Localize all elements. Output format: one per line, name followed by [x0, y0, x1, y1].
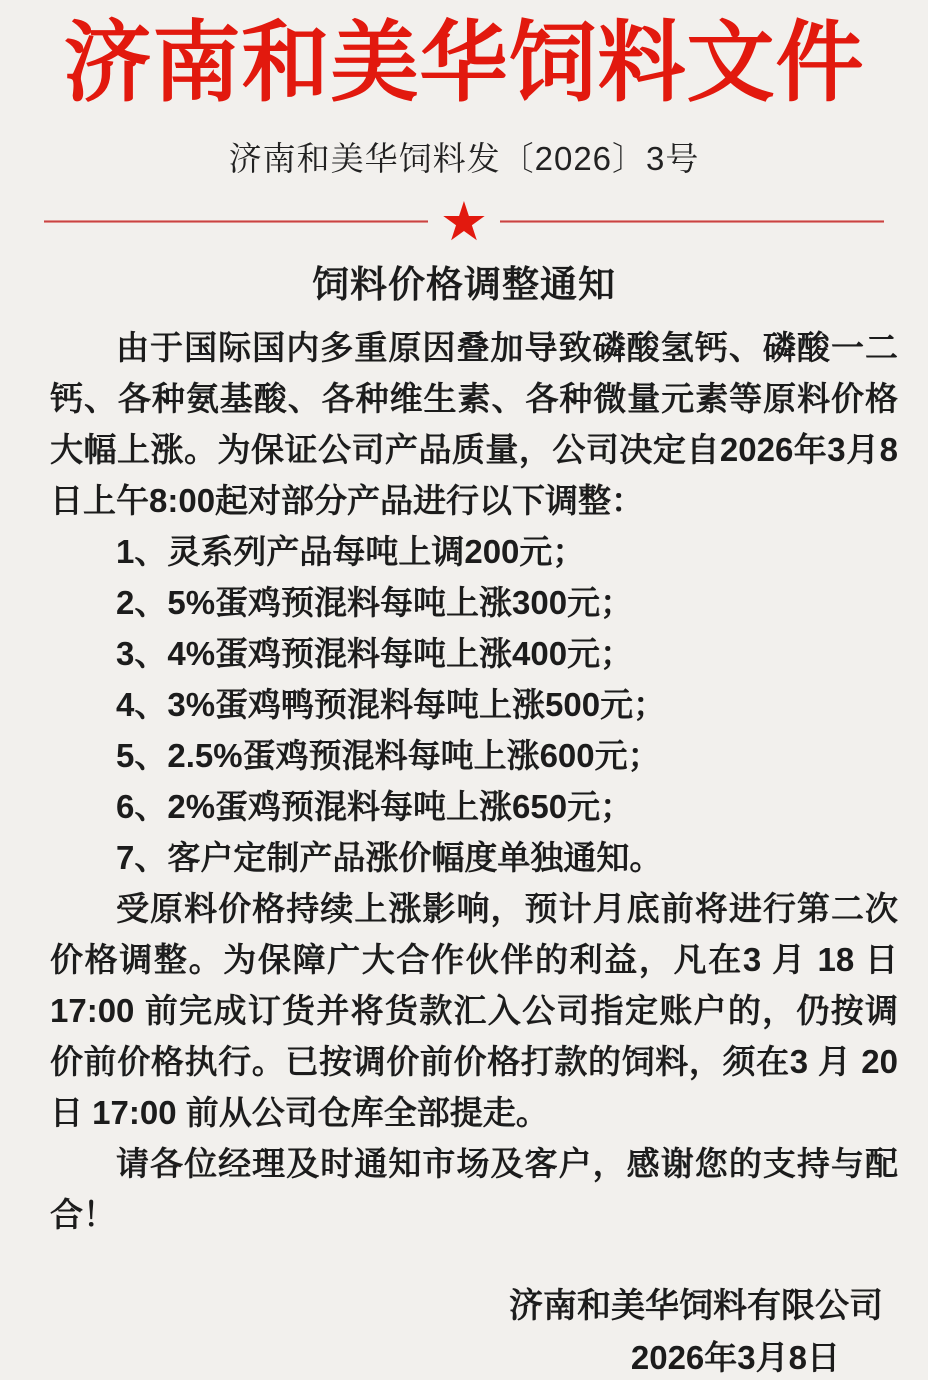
- org-masthead-title: 济南和美华饲料文件: [0, 16, 928, 115]
- signature-company: 济南和美华饲料有限公司: [0, 1284, 928, 1328]
- list-item: 1、灵系列产品每吨上调200元；: [50, 526, 898, 577]
- notice-title: 饲料价格调整通知: [0, 254, 928, 308]
- list-item: 5、2.5%蛋鸡预混料每吨上涨600元；: [50, 730, 898, 781]
- paragraph-closing: 请各位经理及时通知市场及客户，感谢您的支持与配合！: [50, 1138, 898, 1240]
- price-adjustment-list: 1、灵系列产品每吨上调200元； 2、5%蛋鸡预混料每吨上涨300元； 3、4%…: [50, 526, 898, 883]
- paragraph-intro: 由于国际国内多重原因叠加导致磷酸氢钙、磷酸一二钙、各种氨基酸、各种维生素、各种微…: [50, 322, 898, 526]
- divider-rule-left: [44, 220, 428, 223]
- list-item: 6、2%蛋鸡预混料每吨上涨650元；: [50, 781, 898, 832]
- list-item: 2、5%蛋鸡预混料每吨上涨300元；: [50, 577, 898, 628]
- document-page: 济南和美华饲料文件 济南和美华饲料发〔2026〕3号 ★ 饲料价格调整通知 由于…: [0, 0, 928, 1380]
- paragraph-followup: 受原料价格持续上涨影响，预计月底前将进行第二次价格调整。为保障广大合作伙伴的利益…: [50, 883, 898, 1138]
- divider-rule-right: [500, 220, 884, 223]
- list-item: 7、客户定制产品涨价幅度单独通知。: [50, 832, 898, 883]
- list-item: 4、3%蛋鸡鸭预混料每吨上涨500元；: [50, 679, 898, 730]
- signature-date: 2026年3月8日: [0, 1336, 928, 1380]
- list-item: 3、4%蛋鸡预混料每吨上涨400元；: [50, 628, 898, 679]
- star-divider: ★: [44, 194, 884, 250]
- notice-body: 由于国际国内多重原因叠加导致磷酸氢钙、磷酸一二钙、各种氨基酸、各种维生素、各种微…: [50, 322, 898, 1240]
- star-icon: ★: [428, 194, 500, 250]
- doc-number: 济南和美华饲料发〔2026〕3号: [0, 133, 928, 180]
